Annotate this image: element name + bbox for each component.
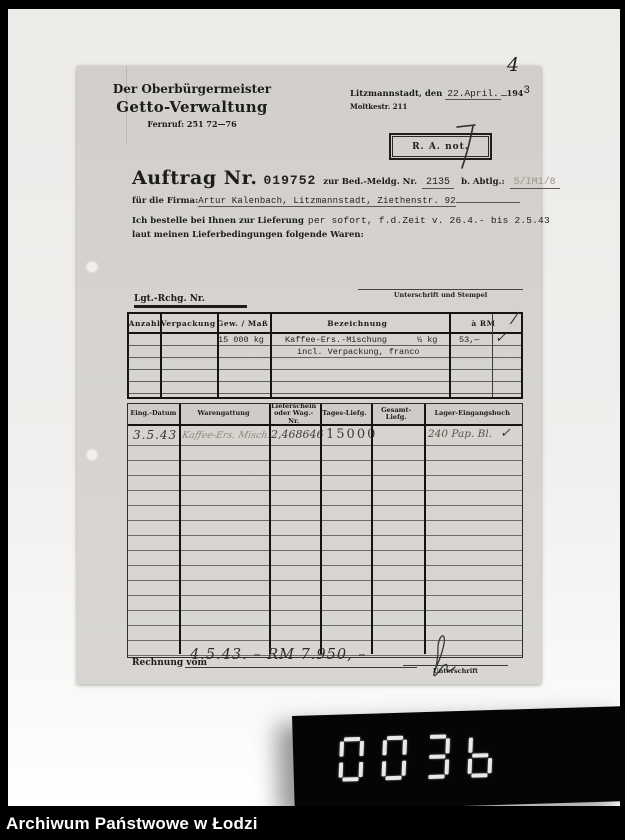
- table-rule: [269, 404, 271, 654]
- order-table-body: 15 000 kg Kaffee-Ers.-Mischung ½ kg incl…: [129, 334, 521, 395]
- delivery-table-body: [128, 446, 522, 656]
- counter-display: [339, 733, 493, 782]
- archive-watermark: Archiwum Państwowe w Łodzi: [6, 814, 258, 834]
- document-page: Der Oberbürgermeister Getto-Verwaltung F…: [77, 66, 541, 684]
- col-warengattung: Warengattung: [179, 404, 269, 424]
- col-anzahl: Anzahl: [129, 314, 160, 332]
- goods-intro-line: laut meinen Lieferbedingungen folgende W…: [132, 230, 364, 240]
- film-counter-panel: [292, 706, 625, 811]
- row-desc2: incl. Verpackung, franco: [297, 347, 419, 357]
- delivery-table: Eing.-Datum Warengattung Lieferschein od…: [127, 403, 523, 658]
- dateline-year-printed: 194: [507, 88, 524, 98]
- row-qty: 15 000 kg: [218, 335, 264, 345]
- col-verpackung: Verpackung: [160, 314, 216, 332]
- table-rule: [320, 404, 322, 654]
- col-lager-eingangsbuch: Lager-Eingangsbuch: [423, 404, 522, 424]
- price-checkmark: ✓: [495, 331, 506, 346]
- col-a-rm: à RM: [446, 314, 521, 332]
- order-number-line: Auftrag Nr. 019752 zur Bed.-Meldg. Nr. 2…: [132, 167, 534, 189]
- invoice-line: Rechnung vom 4.5.43. – RM 7.950, – Unter…: [132, 650, 532, 684]
- table-rule: [217, 314, 219, 397]
- ledger-checkmark: ✓: [500, 426, 511, 441]
- table-rule: [179, 404, 181, 654]
- order-ref-value: 2135: [422, 177, 454, 189]
- sender-line1: Der Oberbürgermeister: [107, 82, 277, 96]
- order-terms-label: Ich bestelle bei Ihnen zur Lieferung: [132, 216, 304, 226]
- entry-goods: Kaffee-Ers. Misch.: [181, 430, 272, 441]
- table-rule: [424, 404, 426, 654]
- bottom-strip: Archiwum Państwowe w Łodzi: [0, 806, 625, 840]
- col-eing-datum: Eing.-Datum: [128, 404, 179, 424]
- table-rule: [492, 314, 493, 397]
- entry-ledger: 240 Pap. Bl.: [428, 428, 492, 440]
- order-ref-label: zur Bed.-Meldg. Nr.: [323, 177, 417, 187]
- dateline-year-typed: 3: [523, 85, 530, 97]
- order-table-header: Anzahl Verpackung Gew. / Maß Bezeichnung…: [129, 314, 521, 334]
- order-terms-line: Ich bestelle bei Ihnen zur Lieferung per…: [132, 215, 550, 226]
- firm-value: Artur Kalenbach, Litzmannstadt, Ziethens…: [198, 196, 456, 207]
- order-dept-label: b. Abtlg.:: [461, 177, 505, 187]
- row-price: 53,—: [459, 335, 479, 345]
- firm-line-rule: [456, 202, 520, 203]
- row-desc1: Kaffee-Ers.-Mischung: [285, 335, 387, 345]
- entry-daily: 15000: [326, 427, 377, 442]
- stamp-box: R. A. not.: [389, 133, 492, 160]
- sender-line2: Getto-Verwaltung: [107, 98, 277, 116]
- table-rule: [270, 314, 272, 397]
- firm-line: für die Firma: Artur Kalenbach, Litzmann…: [132, 196, 520, 207]
- dateline-block: Litzmannstadt, den 22.April. 1943 Moltke…: [350, 88, 528, 111]
- table-rule: [160, 314, 162, 397]
- lgt-number-label: Lgt.-Rchg. Nr.: [134, 294, 247, 304]
- order-dept-value: 5/IM1/8: [510, 177, 560, 189]
- dateline-place: Litzmannstadt, den: [350, 89, 442, 99]
- order-table: Anzahl Verpackung Gew. / Maß Bezeichnung…: [127, 312, 523, 399]
- firm-label: für die Firma:: [132, 196, 198, 206]
- invoice-rule: [185, 667, 417, 668]
- order-number: 019752: [263, 173, 316, 188]
- entry-delivery-note: 2,468646: [271, 428, 324, 441]
- entry-date: 3.5.43: [133, 428, 177, 442]
- col-lieferschein: Lieferschein oder Wag.-Nr.: [268, 404, 319, 424]
- punch-hole: [87, 450, 97, 460]
- col-gesamt-liefg: Gesamt-Liefg.: [370, 404, 423, 424]
- order-terms-value: per sofort, f.d.Zeit v. 26.4.- bis 2.5.4…: [308, 215, 550, 226]
- signature-stamp-label: Unterschrift und Stempel: [358, 289, 523, 299]
- invoice-value: 4.5.43. – RM 7.950, –: [190, 647, 367, 663]
- row-unit: ½ kg: [417, 335, 437, 345]
- delivery-entry-row: 3.5.43 Kaffee-Ers. Misch. 2,468646 15000…: [128, 426, 522, 446]
- dateline-date: 22.April.: [445, 88, 500, 100]
- col-gew-mass: Gew. / Maß: [216, 314, 268, 332]
- delivery-table-header: Eing.-Datum Warengattung Lieferschein od…: [128, 404, 522, 426]
- goods-intro-text: laut meinen Lieferbedingungen folgende W…: [132, 230, 364, 240]
- table-rule: [449, 314, 451, 397]
- table-rule: [371, 404, 373, 654]
- handwritten-page-number: 4: [507, 54, 519, 76]
- stamp-handwritten-mark: [449, 125, 489, 170]
- col-tages-liefg: Tages-Liefg.: [319, 404, 370, 424]
- signature-rule: [403, 665, 508, 666]
- sender-block: Der Oberbürgermeister Getto-Verwaltung F…: [107, 82, 277, 129]
- order-label: Auftrag Nr.: [132, 167, 257, 189]
- punch-hole: [87, 262, 97, 272]
- signature-label: Unterschrift: [403, 667, 508, 675]
- sender-phone: Fernruf: 251 72—76: [107, 119, 277, 129]
- dateline-street: Moltkestr. 211: [350, 102, 528, 111]
- col-bezeichnung: Bezeichnung: [269, 314, 446, 332]
